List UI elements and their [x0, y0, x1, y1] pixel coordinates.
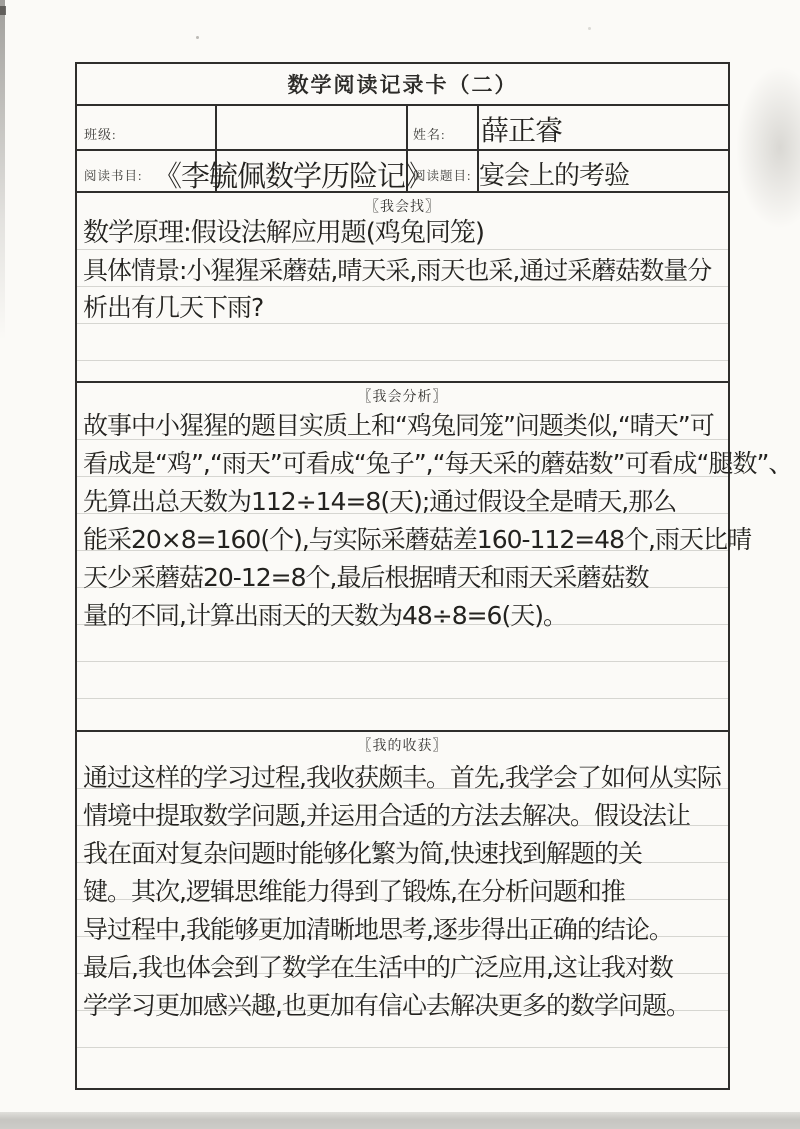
title-row: 数学阅读记录卡（二） — [77, 64, 728, 106]
scan-corner-mark — [0, 6, 6, 15]
handwritten-line: 先算出总天数为112÷14=8(天);通过假设全是晴天,那么 — [83, 483, 728, 521]
handwritten-line: 量的不同,计算出雨天的天数为48÷8=6(天)。 — [83, 597, 728, 635]
section-analyze: 〖我会分析〗 故事中小猩猩的题目实质上和“鸡兔同笼”问题类似,“晴天”可 看成是… — [77, 383, 728, 732]
section-find-header: 〖我会找〗 — [77, 193, 728, 216]
handwritten-line: 析出有几天下雨? — [83, 289, 728, 326]
handwritten-line: 数学原理:假设法解应用题(鸡兔同笼) — [83, 215, 728, 252]
section-gains-header: 〖我的收获〗 — [77, 732, 728, 755]
handwritten-line: 看成是“鸡”,“雨天”可看成“兔子”,“每天采的蘑菇数”可看成“腿数”、 — [83, 445, 728, 483]
handwritten-line: 导过程中,我能够更加清晰地思考,逐步得出正确的结论。 — [83, 911, 728, 949]
section-gains: 〖我的收获〗 通过这样的学习过程,我收获颇丰。首先,我学会了如何从实际 情境中提… — [77, 732, 728, 1084]
section-find: 〖我会找〗 数学原理:假设法解应用题(鸡兔同笼) 具体情景:小猩猩采蘑菇,晴天采… — [77, 193, 728, 383]
scan-speck — [588, 27, 591, 30]
handwritten-line: 键。其次,逻辑思维能力得到了锻炼,在分析问题和推 — [83, 873, 728, 911]
handwritten-line: 能采20×8=160(个),与实际采蘑菇差160-112=48个,雨天比晴 — [83, 521, 728, 559]
handwritten-line: 我在面对复杂问题时能够化繁为简,快速找到解题的关 — [83, 835, 728, 873]
book-value: 《李毓佩数学历险记》 — [153, 154, 433, 195]
scan-speck — [196, 36, 199, 39]
cell-divider — [215, 106, 217, 149]
page-title: 数学阅读记录卡（二） — [288, 69, 518, 99]
name-value: 薛正睿 — [481, 109, 562, 149]
handwritten-line: 天少采蘑菇20-12=8个,最后根据晴天和雨天采蘑菇数 — [83, 559, 728, 597]
handwritten-line: 最后,我也体会到了数学在生活中的广泛应用,这让我对数 — [83, 949, 728, 987]
scan-bottom-edge — [0, 1112, 800, 1129]
topic-value: 宴会上的考验 — [479, 155, 629, 192]
section-gains-content: 通过这样的学习过程,我收获颇丰。首先,我学会了如何从实际 情境中提取数学问题,并… — [83, 759, 728, 1025]
cell-divider — [477, 106, 479, 149]
name-label: 姓名: — [413, 124, 446, 143]
scanned-page: 数学阅读记录卡（二） 班级: 姓名: 薛正睿 阅读书目: 《李毓佩数学历险记》 … — [0, 0, 800, 1129]
section-analyze-content: 故事中小猩猩的题目实质上和“鸡兔同笼”问题类似,“晴天”可 看成是“鸡”,“雨天… — [83, 407, 728, 635]
info-row-class-name: 班级: 姓名: 薛正睿 — [77, 106, 728, 151]
book-label: 阅读书目: — [84, 166, 142, 184]
scan-right-shadow — [730, 55, 800, 240]
info-row-book-topic: 阅读书目: 《李毓佩数学历险记》 阅读题目: 宴会上的考验 — [77, 151, 728, 193]
scan-left-edge-shadow — [0, 0, 5, 340]
handwritten-line: 通过这样的学习过程,我收获颇丰。首先,我学会了如何从实际 — [83, 759, 728, 797]
section-find-content: 数学原理:假设法解应用题(鸡兔同笼) 具体情景:小猩猩采蘑菇,晴天采,雨天也采,… — [83, 215, 728, 326]
cell-divider — [406, 106, 408, 149]
record-card: 数学阅读记录卡（二） 班级: 姓名: 薛正睿 阅读书目: 《李毓佩数学历险记》 … — [75, 62, 730, 1090]
class-label: 班级: — [84, 124, 117, 143]
handwritten-line: 情境中提取数学问题,并运用合适的方法去解决。假设法让 — [83, 797, 728, 835]
handwritten-line: 具体情景:小猩猩采蘑菇,晴天采,雨天也采,通过采蘑菇数量分 — [83, 252, 728, 289]
handwritten-line: 学学习更加感兴趣,也更加有信心去解决更多的数学问题。 — [83, 987, 728, 1025]
section-analyze-header: 〖我会分析〗 — [77, 383, 728, 406]
handwritten-line: 故事中小猩猩的题目实质上和“鸡兔同笼”问题类似,“晴天”可 — [83, 407, 728, 445]
